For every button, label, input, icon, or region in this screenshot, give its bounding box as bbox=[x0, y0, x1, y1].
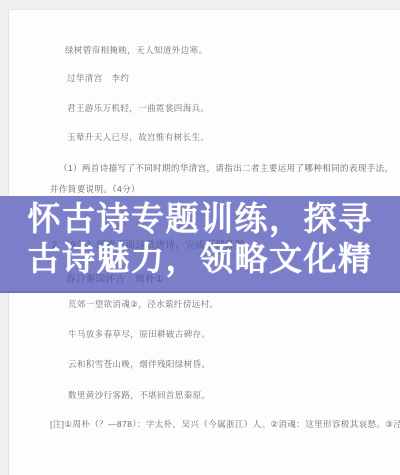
poem1-line2: 玉辇升天人已尽，故宫惟有树长生。 bbox=[67, 131, 209, 143]
footnote-line: [注]①周朴（？—878）：字太朴，吴兴（今属浙江）人。②消魂：这里形容极其哀愁… bbox=[50, 418, 400, 430]
banner-title-line2: 古诗魅力，领略文化精 bbox=[0, 239, 400, 279]
poem2-line3: 云和积雪苍山晚，烟伴残阳绿树昏。 bbox=[68, 358, 210, 370]
poem1-title: 过华清宫 李约 bbox=[67, 72, 129, 84]
banner-title-line1: 怀古诗专题训练，探寻 bbox=[0, 199, 400, 239]
poem2-line1: 荒郊一望欲消魂②，泾水萦纡傍远村。 bbox=[68, 298, 218, 310]
question1-line2: 并作简要说明。（4分） bbox=[50, 183, 140, 195]
poem2-line2: 牛马放多春草尽，原田耕破古碑存。 bbox=[68, 328, 210, 340]
worksheet-screenshot: 绿树碧帘相掩映，无人知道外边寒。 过华清宫 李约 君王游乐万机轻，一曲霓裳四海兵… bbox=[0, 0, 400, 475]
poem2-line4: 数里黄沙行客路，不堪回首思秦原。 bbox=[68, 389, 210, 401]
poem1-excerpt-line: 绿树碧帘相掩映，无人知道外边寒。 bbox=[65, 44, 207, 56]
poem1-line1: 君王游乐万机轻，一曲霓裳四海兵。 bbox=[67, 102, 209, 114]
banner-title: 怀古诗专题训练，探寻 古诗魅力，领略文化精 bbox=[0, 199, 400, 279]
question1-line1: （1）两首诗描写了不同时期的华清宫，请指出二者主要运用了哪种相同的表现手法， bbox=[59, 162, 393, 174]
